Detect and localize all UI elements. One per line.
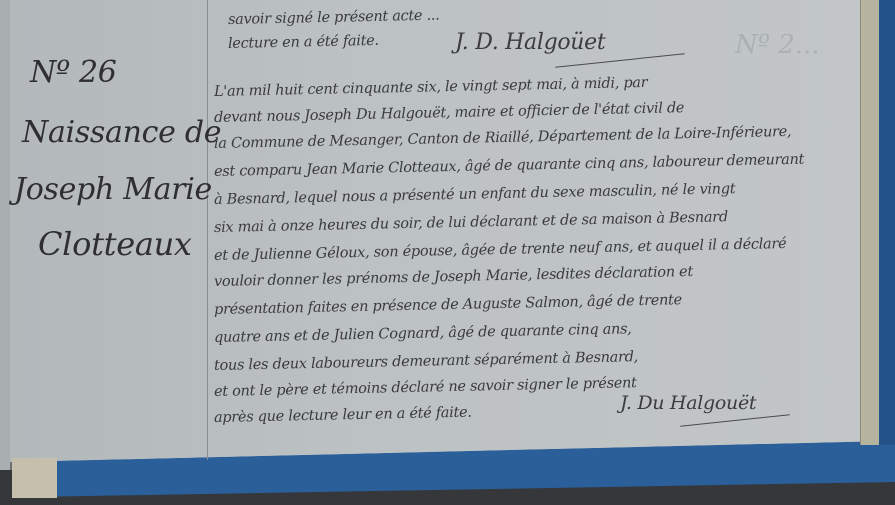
entry-number: Nº 26 [30,55,117,90]
margin-title-line: Naissance de [22,115,221,150]
previous-entry-line: lecture en a été faite. [228,33,379,52]
closing-signature: J. Du Halgouët [620,392,756,414]
page-edge-stack [860,0,879,445]
register-cover-edge [878,0,895,445]
margin-rule [207,0,208,460]
previous-entry-signature: J. D. Halgoüet [455,30,605,55]
margin-title-line: Clotteaux [38,225,192,263]
binding-tape [12,458,57,498]
faint-stamp: Nº 2... [735,30,820,60]
margin-title-line: Joseph Marie [14,172,212,207]
